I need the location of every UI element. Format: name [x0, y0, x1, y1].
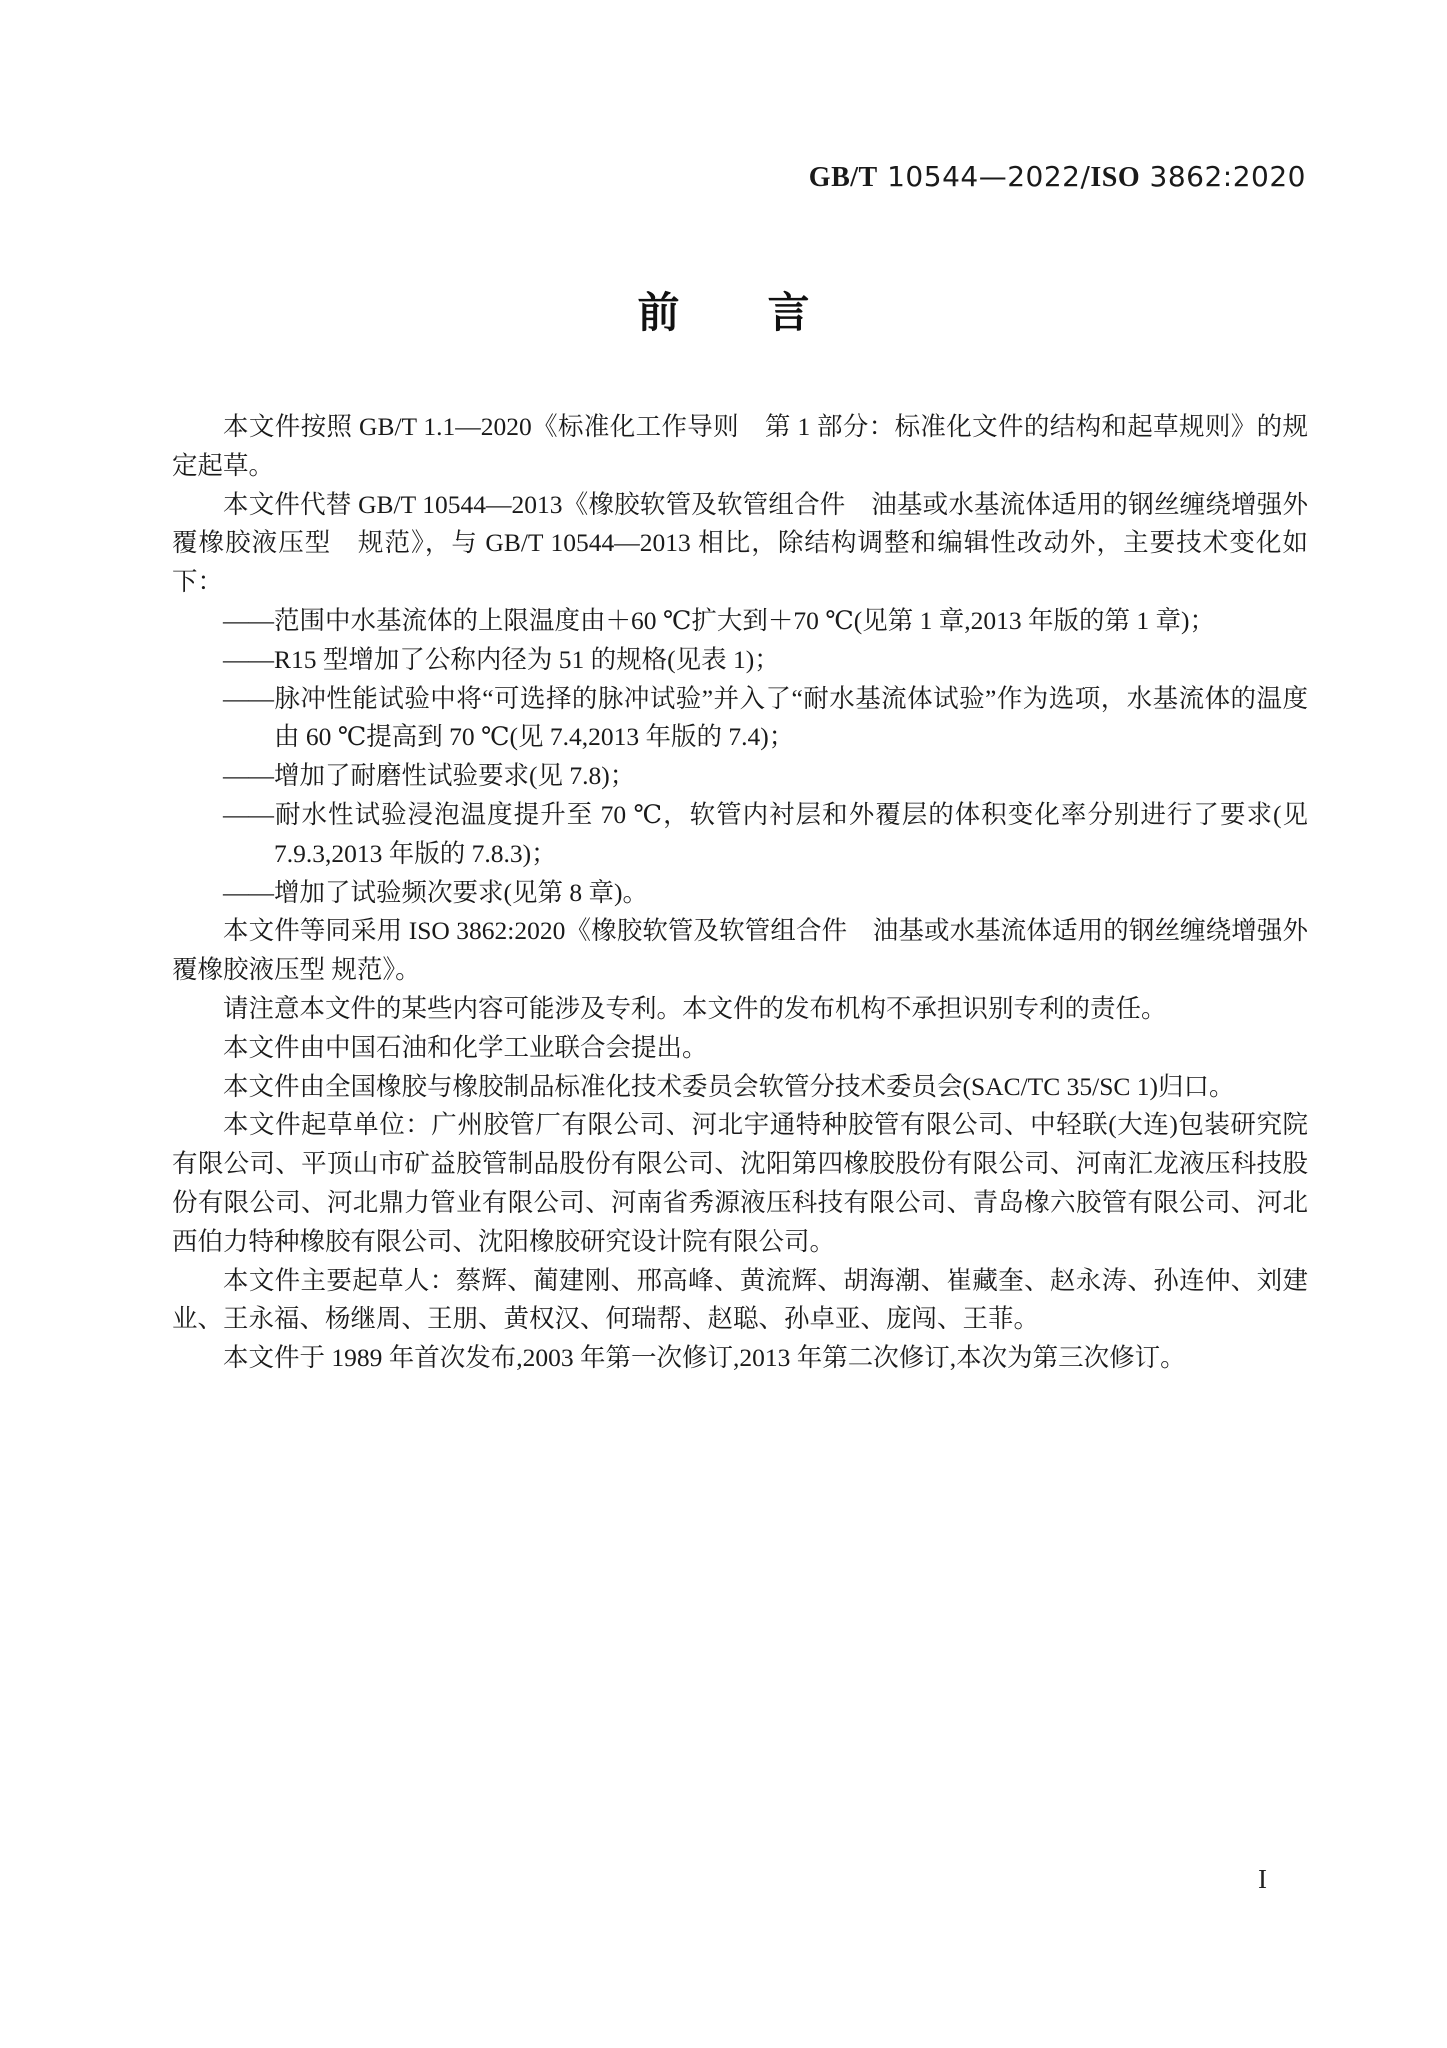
change-list-item: ——增加了试验频次要求(见第 8 章)。: [172, 874, 1308, 913]
title-char-qian: 前: [637, 288, 679, 338]
paragraph-under-jurisdiction: 本文件由全国橡胶与橡胶制品标准化技术委员会软管分技术委员会(SAC/TC 35/…: [172, 1068, 1308, 1107]
paragraph-revision-history: 本文件于 1989 年首次发布,2003 年第一次修订,2013 年第二次修订,…: [172, 1339, 1308, 1378]
gb-prefix: GB/T: [809, 162, 878, 193]
paragraph-iso-adoption: 本文件等同采用 ISO 3862:2020《橡胶软管及软管组合件 油基或水基流体…: [172, 912, 1308, 990]
paragraph-main-drafters: 本文件主要起草人：蔡辉、蔺建刚、邢高峰、黄流辉、胡海潮、崔藏奎、赵永涛、孙连仲、…: [172, 1262, 1308, 1340]
paragraph-replaces-standard: 本文件代替 GB/T 10544—2013《橡胶软管及软管组合件 油基或水基流体…: [172, 486, 1308, 602]
paragraph-drafting-basis: 本文件按照 GB/T 1.1—2020《标准化工作导则 第 1 部分：标准化文件…: [172, 408, 1308, 486]
page-title: 前 言: [0, 288, 1447, 338]
change-list-item: ——范围中水基流体的上限温度由＋60 ℃扩大到＋70 ℃(见第 1 章,2013…: [172, 602, 1308, 641]
slash-separator: /: [1080, 160, 1090, 193]
change-list-item: ——R15 型增加了公称内径为 51 的规格(见表 1)；: [172, 641, 1308, 680]
iso-number: 3862:2020: [1140, 160, 1306, 193]
change-list-item: ——增加了耐磨性试验要求(见 7.8)；: [172, 757, 1308, 796]
change-list-item: ——脉冲性能试验中将“可选择的脉冲试验”并入了“耐水基流体试验”作为选项，水基流…: [172, 680, 1308, 758]
foreword-content: 本文件按照 GB/T 1.1—2020《标准化工作导则 第 1 部分：标准化文件…: [172, 408, 1308, 1378]
paragraph-proposed-by: 本文件由中国石油和化学工业联合会提出。: [172, 1029, 1308, 1068]
change-list-item: ——耐水性试验浸泡温度提升至 70 ℃，软管内衬层和外覆层的体积变化率分别进行了…: [172, 796, 1308, 874]
document-page: GB/T 10544—2022/ISO 3862:2020 前 言 本文件按照 …: [0, 0, 1447, 2048]
paragraph-drafting-units: 本文件起草单位：广州胶管厂有限公司、河北宇通特种胶管有限公司、中轻联(大连)包装…: [172, 1106, 1308, 1261]
standard-number-header: GB/T 10544—2022/ISO 3862:2020: [809, 160, 1306, 194]
paragraph-patent-notice: 请注意本文件的某些内容可能涉及专利。本文件的发布机构不承担识别专利的责任。: [172, 990, 1308, 1029]
iso-prefix: ISO: [1090, 162, 1140, 193]
page-number: I: [1258, 1864, 1267, 1895]
title-char-yan: 言: [768, 288, 810, 338]
gb-number: 10544—2022: [878, 160, 1081, 193]
